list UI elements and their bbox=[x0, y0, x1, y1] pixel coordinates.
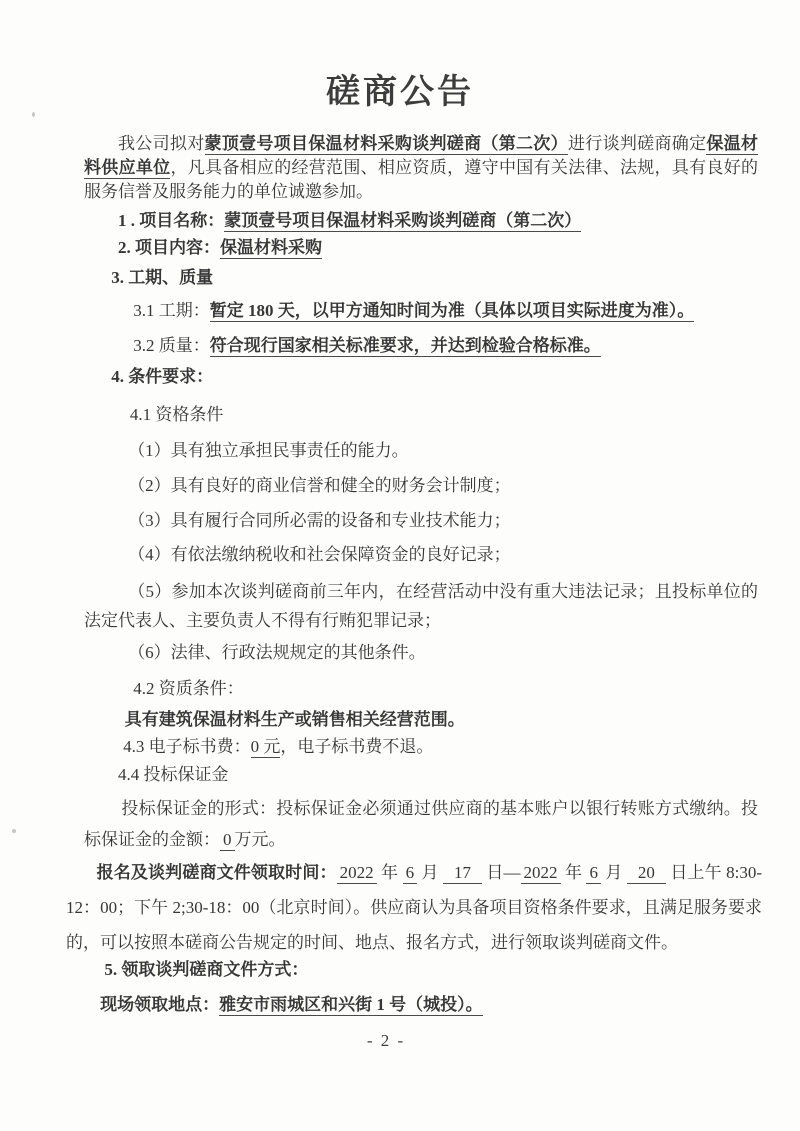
signup-label: 报名及谈判磋商文件领取时间： bbox=[97, 863, 337, 882]
scan-speck bbox=[12, 829, 16, 833]
pickup-value: 雅安市雨城区和兴街 1 号（城投）。 bbox=[219, 995, 483, 1016]
signup-paragraph: 报名及谈判磋商文件领取时间：2022 年 6 月 17 日—2022 年 6 月… bbox=[66, 855, 762, 960]
item-project-content-label: 2. 项目内容： bbox=[118, 238, 220, 257]
section43-fee: 4.3 电子标书费：0 元，电子标书费不退。 bbox=[84, 735, 758, 759]
signup-sep: 月 bbox=[601, 863, 627, 882]
intro-paragraph: 我公司拟对蒙顶壹号项目保温材料采购谈判磋商（第二次）进行谈判磋商确定保温材料供应… bbox=[84, 132, 758, 204]
item-project-name-label: 1 . 项目名称： bbox=[118, 211, 224, 230]
condition-item: （5）参加本次谈判磋商前三年内，在经营活动中没有重大违法记录；且投标单位的法定代… bbox=[84, 577, 758, 635]
section44-heading: 4.4 投标保证金 bbox=[84, 763, 758, 787]
deposit-post: 万元。 bbox=[235, 830, 286, 849]
section3-heading: 3. 工期、质量 bbox=[84, 266, 758, 290]
condition-item: （2）具有良好的商业信誉和健全的财务会计制度； bbox=[84, 474, 758, 498]
condition-item: （3）具有履行合同所必需的设备和专业技术能力； bbox=[84, 509, 758, 533]
item-project-content: 2. 项目内容：保温材料采购 bbox=[84, 236, 758, 260]
pickup-location: 现场领取地点：雅安市雨城区和兴街 1 号（城投）。 bbox=[84, 993, 758, 1017]
signup-day2: 20 bbox=[627, 863, 666, 884]
signup-sep: 日— bbox=[482, 863, 521, 882]
intro-post: ，凡具备相应的经营范围、相应资质，遵守中国有关法律、法规，具有良好的服务信誉及服… bbox=[84, 158, 758, 201]
intro-project-name: 蒙顶壹号项目保温材料采购谈判磋商（第二次） bbox=[205, 134, 568, 155]
section3-quality: 3.2 质量：符合现行国家相关标准要求，并达到检验合格标准。 bbox=[84, 334, 758, 358]
item-project-name: 1 . 项目名称：蒙顶壹号项目保温材料采购谈判磋商（第二次） bbox=[84, 209, 758, 233]
deposit-amount: 0 bbox=[220, 830, 235, 851]
section5-heading: 5. 领取谈判磋商文件方式： bbox=[84, 958, 758, 982]
intro-pre: 我公司拟对 bbox=[118, 134, 205, 153]
page-number: - 2 - bbox=[0, 1031, 786, 1051]
duration-label: 3.1 工期： bbox=[133, 301, 210, 320]
signup-year1: 2022 bbox=[337, 863, 377, 884]
intro-mid: 进行谈判磋商确定 bbox=[568, 134, 706, 153]
condition-item: （1）具有独立承担民事责任的能力。 bbox=[84, 439, 758, 463]
signup-sep: 年 bbox=[561, 863, 587, 882]
condition-item: （6）法律、行政法规规定的其他条件。 bbox=[84, 641, 758, 665]
deposit-text: 投标保证金的形式：投标保证金必须通过供应商的基本账户以银行转账方式缴纳。投标保证… bbox=[84, 799, 758, 849]
fee-label: 4.3 电子标书费： bbox=[123, 737, 251, 756]
signup-sep: 年 bbox=[377, 863, 403, 882]
signup-year2: 2022 bbox=[521, 863, 561, 884]
section3-duration: 3.1 工期：暂定 180 天，以甲方通知时间为准（具体以项目实际进度为准）。 bbox=[84, 299, 758, 323]
signup-day1: 17 bbox=[443, 863, 482, 884]
signup-month2: 6 bbox=[586, 863, 601, 884]
fee-value: 0 元 bbox=[251, 737, 281, 758]
deposit-paragraph: 投标保证金的形式：投标保证金必须通过供应商的基本账户以银行转账方式缴纳。投标保证… bbox=[84, 793, 758, 855]
quality-label: 3.2 质量： bbox=[133, 336, 210, 355]
section4-heading: 4. 条件要求： bbox=[84, 365, 758, 389]
quality-value: 符合现行国家相关标准要求，并达到检验合格标准。 bbox=[210, 336, 601, 357]
document-page: 磋商公告 我公司拟对蒙顶壹号项目保温材料采购谈判磋商（第二次）进行谈判磋商确定保… bbox=[0, 0, 800, 1131]
duration-value: 暂定 180 天，以甲方通知时间为准（具体以项目实际进度为准）。 bbox=[210, 301, 695, 322]
doc-title: 磋商公告 bbox=[0, 64, 800, 113]
condition-item: （4）有依法缴纳税收和社会保障资金的良好记录； bbox=[84, 543, 758, 567]
signup-month1: 6 bbox=[403, 863, 418, 884]
fee-rest: ，电子标书费不退。 bbox=[280, 737, 433, 756]
section41-heading: 4.1 资格条件 bbox=[84, 403, 758, 427]
signup-sep: 月 bbox=[417, 863, 443, 882]
item-project-content-value: 保温材料采购 bbox=[220, 238, 322, 259]
section42-heading: 4.2 资质条件： bbox=[84, 677, 758, 701]
pickup-label: 现场领取地点： bbox=[100, 995, 219, 1014]
item-project-name-value: 蒙顶壹号项目保温材料采购谈判磋商（第二次） bbox=[224, 211, 581, 232]
business-scope: 具有建筑保温材料生产或销售相关经营范围。 bbox=[84, 708, 758, 732]
